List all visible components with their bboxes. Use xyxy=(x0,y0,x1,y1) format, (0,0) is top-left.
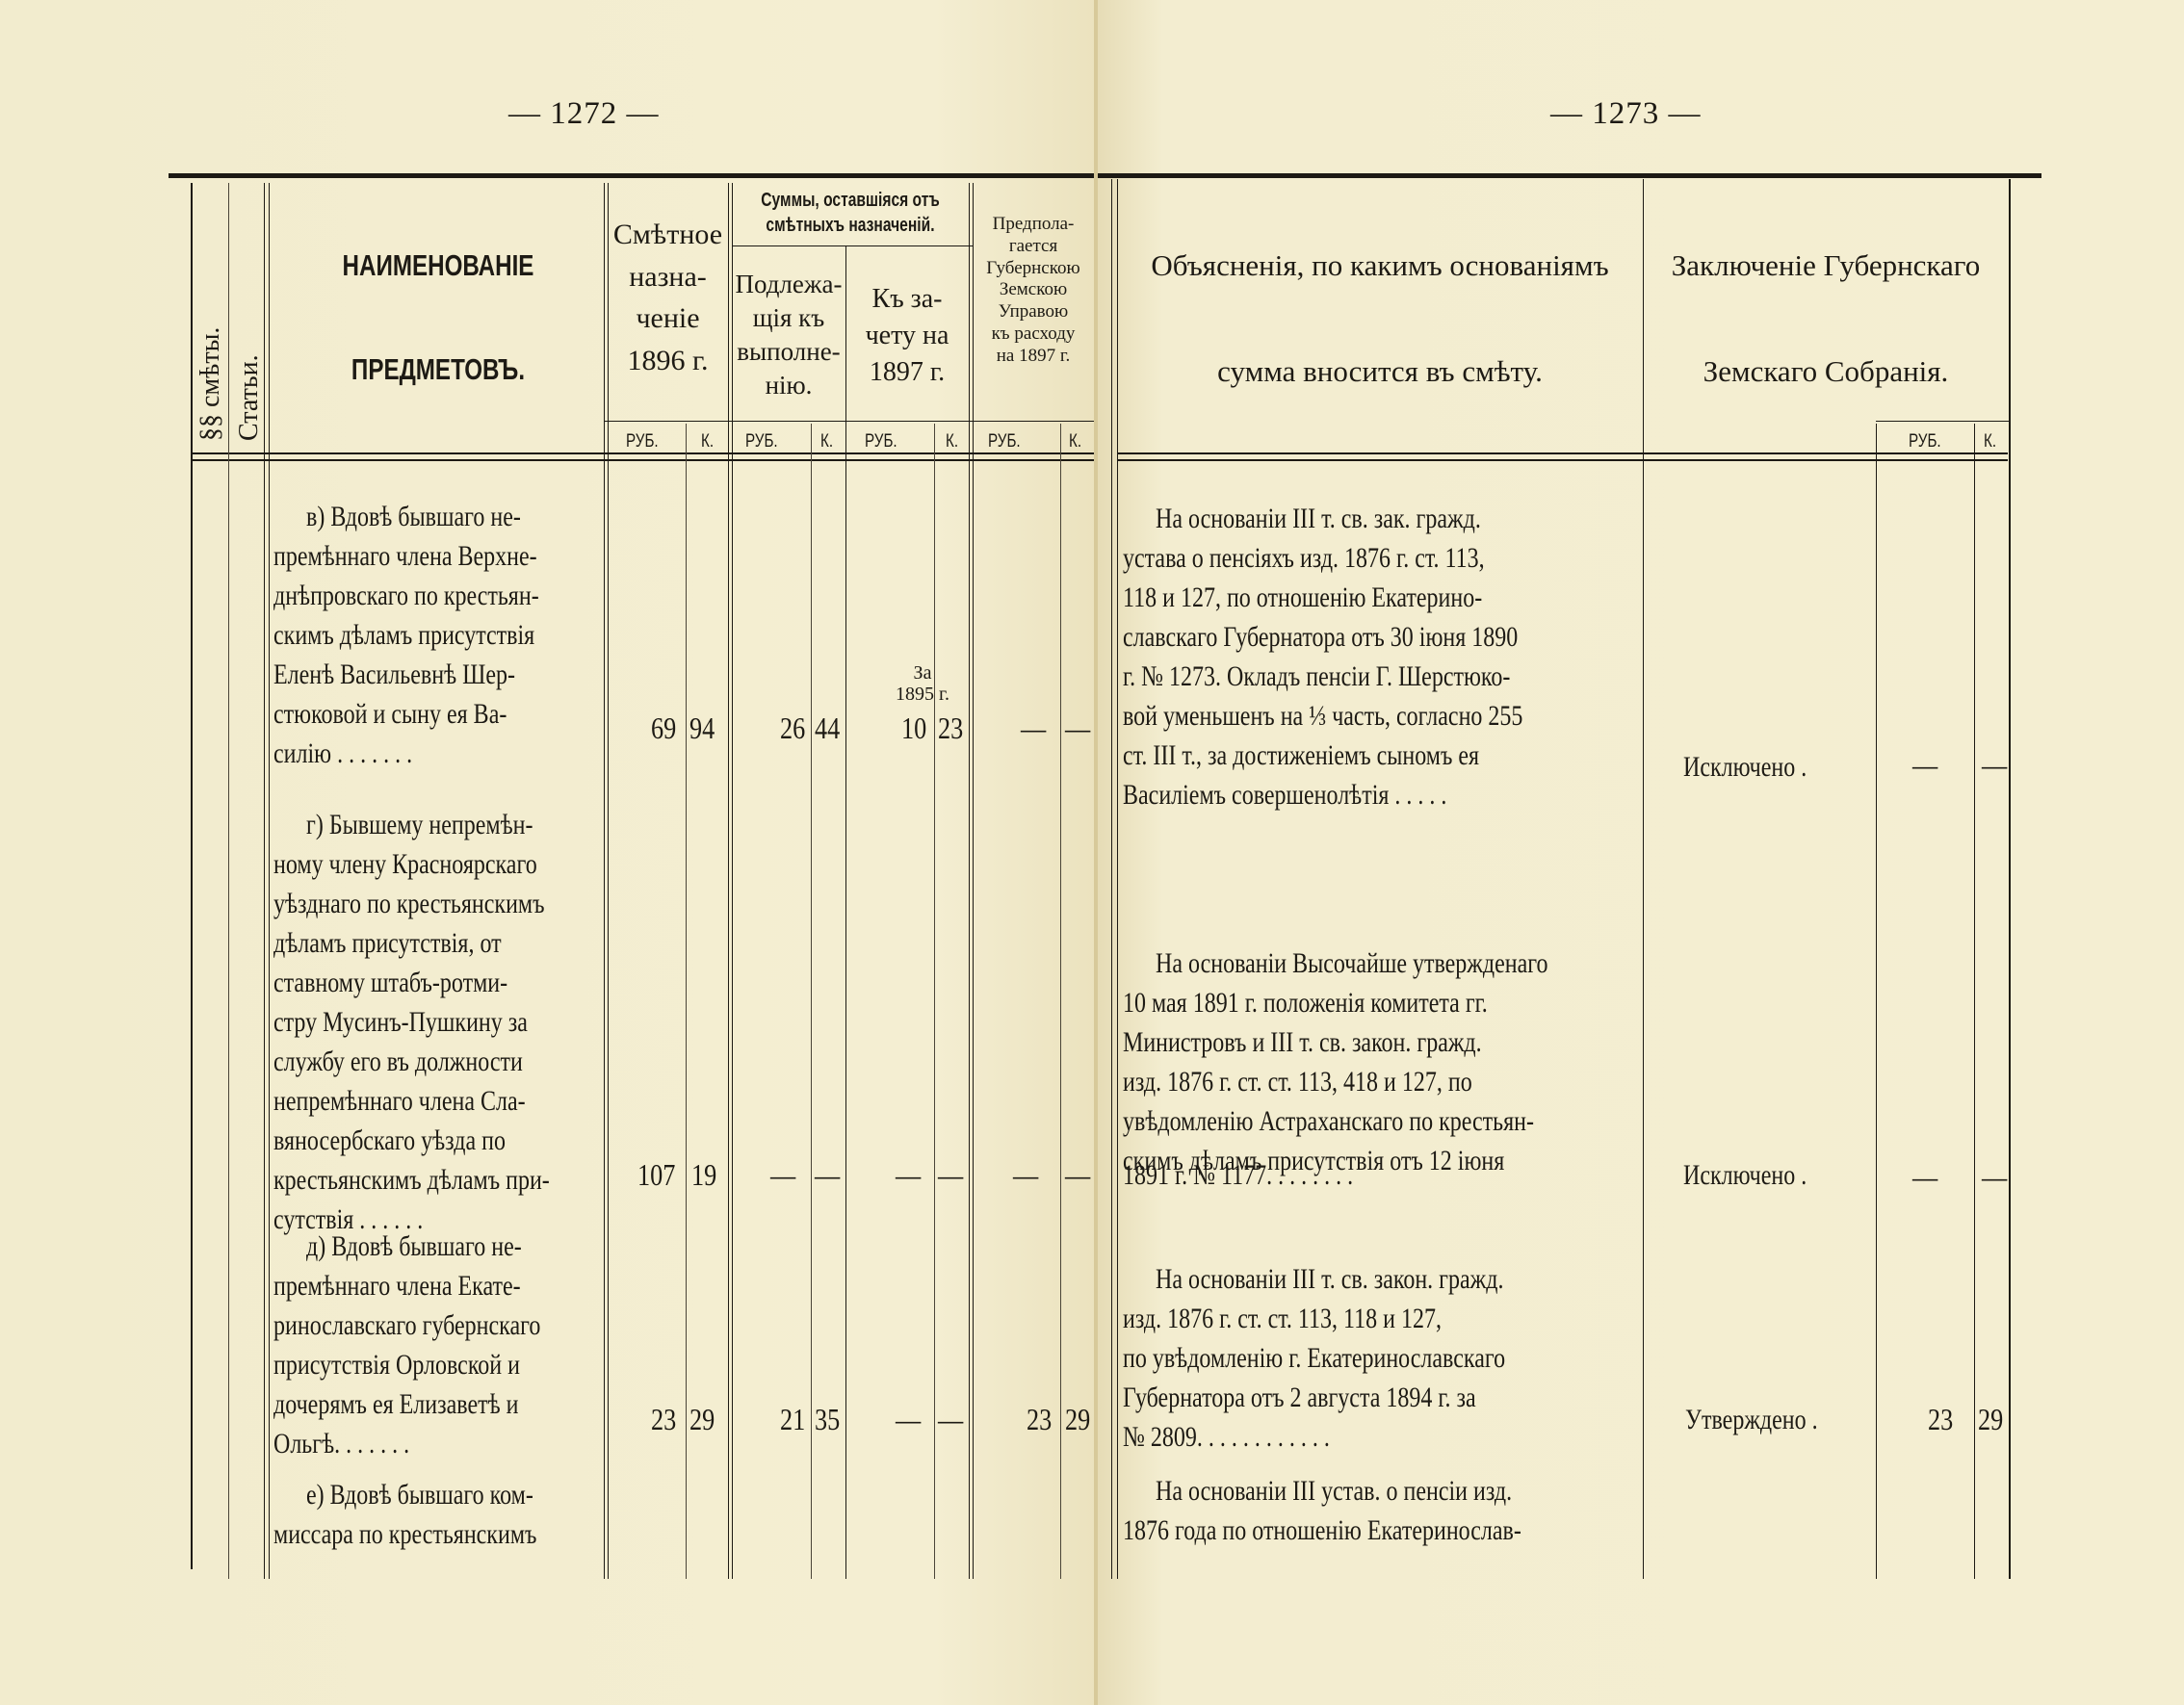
proposed-kop: 29 xyxy=(1065,1402,1090,1437)
row-text: Ольгѣ. . . . . . . xyxy=(273,1428,409,1460)
row-text: стюковой и сыну ея Ва- xyxy=(273,698,507,731)
unit-rub: РУБ. xyxy=(1909,431,1941,452)
col-border xyxy=(1643,179,1644,1579)
row-text: присутствія Орловской и xyxy=(273,1349,520,1382)
col-border xyxy=(811,424,812,1579)
row-text: д) Вдовѣ бывшаго не- xyxy=(306,1230,522,1263)
header-explanation-line1: Объясненія, по какимъ основаніямъ xyxy=(1117,248,1643,283)
top-rule xyxy=(1098,173,2041,178)
col-border xyxy=(845,245,846,1579)
header-to-credit: Къ за- чету на 1897 г. xyxy=(845,281,969,390)
row-text: дѣламъ присутствія, от xyxy=(273,927,502,960)
conclusion-kop: — xyxy=(1982,747,2007,783)
row-text: На основаніи III т. св. закон. гражд. xyxy=(1156,1263,1503,1296)
row-text: устава о пенсіяхъ изд. 1876 г. ст. 113, xyxy=(1123,542,1485,575)
row-text: ринославскаго губернскаго xyxy=(273,1309,540,1342)
header-name-line2: ПРЕДМЕТОВЪ. xyxy=(314,352,561,387)
row-text: г) Бывшему непремѣн- xyxy=(306,809,533,841)
credit-kop: — xyxy=(938,1157,963,1193)
page-number: — 1272 — xyxy=(508,96,660,132)
row-text: непремѣннаго члена Сла- xyxy=(273,1085,526,1118)
col-border xyxy=(2009,179,2011,1579)
unit-kop: К. xyxy=(701,431,714,452)
execute-rub: 21 xyxy=(780,1402,805,1437)
top-rule xyxy=(169,173,1098,178)
row-text: На основаніи Высочайше утвержденаго xyxy=(1156,947,1547,980)
row-text: ставному штабъ-ротми- xyxy=(273,967,507,999)
row-text: увѣдомленію Астраханскаго по крестьян- xyxy=(1123,1105,1534,1138)
row-text: ст. III т., за достиженіемъ сыномъ ея xyxy=(1123,739,1479,772)
row-text: Министровъ и III т. св. закон. гражд. xyxy=(1123,1026,1482,1059)
group-header-rule xyxy=(732,245,973,246)
unit-rub: РУБ. xyxy=(988,431,1021,452)
header-name-line1: НАИМЕНОВАНІЕ xyxy=(314,248,561,283)
row-text: силію . . . . . . . xyxy=(273,737,412,770)
row-text: 1876 года по отношенію Екатеринослав- xyxy=(1123,1514,1521,1547)
row-text: изд. 1876 г. ст. ст. 113, 118 и 127, xyxy=(1123,1303,1442,1335)
row-text: вой уменьшенъ на ⅓ часть, согласно 255 xyxy=(1123,700,1522,733)
header-bottom-rule-2 xyxy=(1117,459,2008,461)
conclusion-kop: 29 xyxy=(1978,1402,2003,1437)
col-border xyxy=(973,183,974,1579)
unit-rub: РУБ. xyxy=(745,431,778,452)
col-border xyxy=(269,183,270,1579)
credit-note: За 1895 г. xyxy=(894,662,951,705)
budget-kop: 19 xyxy=(691,1157,716,1193)
header-bottom-rule-2 xyxy=(191,459,1098,461)
budget-rub: 23 xyxy=(651,1402,676,1437)
header-to-execute: Подлежа- щія къ выполне- нію. xyxy=(732,268,845,402)
row-text: славскаго Губернатора отъ 30 іюня 1890 xyxy=(1123,621,1518,654)
right-page: — 1273 — Объясненія, по какимъ основанія… xyxy=(1098,0,2184,1705)
execute-rub: — xyxy=(770,1157,795,1193)
units-rule xyxy=(1876,421,2009,422)
page-number: — 1273 — xyxy=(1550,96,1702,132)
header-explanation-line2: сумма вносится въ смѣту. xyxy=(1117,354,1643,389)
conclusion-status: Исключено . xyxy=(1683,1159,1807,1192)
execute-rub: 26 xyxy=(780,710,805,746)
header-budget: Смѣтное назна- ченіе 1896 г. xyxy=(608,214,728,381)
col-border xyxy=(934,424,935,1579)
row-text: крестьянскимъ дѣламъ при- xyxy=(273,1164,550,1197)
row-text: 1891 г. № 1177. . . . . . . . xyxy=(1123,1159,1353,1192)
budget-rub: 107 xyxy=(637,1157,675,1193)
header-remaining-group: Суммы, оставшіяся отъ смѣтныхъ назначені… xyxy=(758,188,943,238)
col-border xyxy=(969,183,970,1579)
proposed-rub: — xyxy=(1021,710,1046,746)
col-border xyxy=(686,424,687,1579)
col-border xyxy=(1060,424,1061,1579)
row-text: е) Вдовѣ бывшаго ком- xyxy=(306,1479,533,1511)
col-border xyxy=(1974,424,1975,1579)
row-text: На основаніи III т. св. зак. гражд. xyxy=(1156,503,1481,535)
conclusion-status: Исключено . xyxy=(1683,751,1807,784)
row-text: ному члену Красноярскаго xyxy=(273,848,537,881)
row-text: уѣзднаго по крестьянскимъ xyxy=(273,888,545,920)
row-text: миссара по крестьянскимъ xyxy=(273,1518,536,1551)
row-text: по увѣдомленію г. Екатеринославскаго xyxy=(1123,1342,1505,1375)
header-conclusion-line2: Земскаго Собранія. xyxy=(1643,354,2009,389)
credit-rub: 10 xyxy=(901,710,926,746)
units-rule xyxy=(604,421,1095,422)
credit-kop: 23 xyxy=(938,710,963,746)
row-text: 118 и 127, по отношенію Екатерино- xyxy=(1123,581,1482,614)
conclusion-rub: — xyxy=(1912,747,1937,783)
execute-kop: 44 xyxy=(815,710,840,746)
row-text: 10 мая 1891 г. положенія комитета гг. xyxy=(1123,987,1488,1020)
credit-rub: — xyxy=(896,1157,921,1193)
row-text: Еленѣ Васильевнѣ Шер- xyxy=(273,659,515,691)
unit-kop: К. xyxy=(820,431,833,452)
header-article: Статьи. xyxy=(234,354,265,441)
unit-rub: РУБ. xyxy=(626,431,659,452)
col-border xyxy=(1111,179,1112,1579)
row-text: премѣннаго члена Верхне- xyxy=(273,540,537,573)
row-text: службу его въ должности xyxy=(273,1046,523,1078)
proposed-kop: — xyxy=(1065,1157,1090,1193)
row-text: днѣпровскаго по крестьян- xyxy=(273,580,539,612)
unit-kop: К. xyxy=(946,431,958,452)
header-conclusion-line1: Заключеніе Губернскаго xyxy=(1643,248,2009,283)
header-section: §§ смѣты. xyxy=(195,327,226,441)
row-text: Василіемъ совершенолѣтія . . . . . xyxy=(1123,779,1446,812)
col-border xyxy=(1117,179,1118,1579)
left-page: — 1272 — §§ смѣты. Статьи. НАИМЕНОВАНІЕ … xyxy=(0,0,1098,1705)
row-text: стру Мусинъ-Пушкину за xyxy=(273,1006,528,1039)
row-text: На основаніи III устав. о пенсіи изд. xyxy=(1156,1475,1512,1508)
row-text: премѣннаго члена Екате- xyxy=(273,1270,521,1303)
conclusion-kop: — xyxy=(1982,1159,2007,1195)
conclusion-rub: — xyxy=(1912,1159,1937,1195)
row-text: скимъ дѣламъ присутствія xyxy=(273,619,534,652)
proposed-kop: — xyxy=(1065,710,1090,746)
budget-kop: 94 xyxy=(689,710,715,746)
conclusion-rub: 23 xyxy=(1928,1402,1953,1437)
header-proposed: Предпола- гается Губернскою Земскою Упра… xyxy=(973,214,1094,368)
row-text: дочерямъ ея Елизаветѣ и xyxy=(273,1388,518,1421)
row-text: г. № 1273. Окладъ пенсіи Г. Шерстюко- xyxy=(1123,660,1510,693)
row-text: Губернатора отъ 2 августа 1894 г. за xyxy=(1123,1382,1476,1414)
budget-rub: 69 xyxy=(651,710,676,746)
unit-rub: РУБ. xyxy=(865,431,897,452)
col-border xyxy=(604,183,605,1579)
col-border xyxy=(228,183,229,1579)
col-border xyxy=(1876,424,1877,1579)
col-border xyxy=(608,183,609,1579)
unit-kop: К. xyxy=(1069,431,1081,452)
conclusion-status: Утверждено . xyxy=(1685,1404,1818,1436)
execute-kop: 35 xyxy=(815,1402,840,1437)
row-text: изд. 1876 г. ст. ст. 113, 418 и 127, по xyxy=(1123,1066,1472,1098)
unit-kop: К. xyxy=(1984,431,1996,452)
col-border xyxy=(728,183,729,1579)
row-text: № 2809. . . . . . . . . . . . xyxy=(1123,1421,1330,1454)
execute-kop: — xyxy=(815,1157,840,1193)
credit-kop: — xyxy=(938,1402,963,1437)
header-bottom-rule xyxy=(191,452,1098,454)
row-text: вяносербскаго уѣзда по xyxy=(273,1124,506,1157)
header-bottom-rule xyxy=(1117,452,2008,454)
col-border xyxy=(191,183,193,1569)
proposed-rub: — xyxy=(1013,1157,1038,1193)
credit-rub: — xyxy=(896,1402,921,1437)
budget-kop: 29 xyxy=(689,1402,715,1437)
proposed-rub: 23 xyxy=(1027,1402,1052,1437)
row-text: в) Вдовѣ бывшаго не- xyxy=(306,501,521,533)
